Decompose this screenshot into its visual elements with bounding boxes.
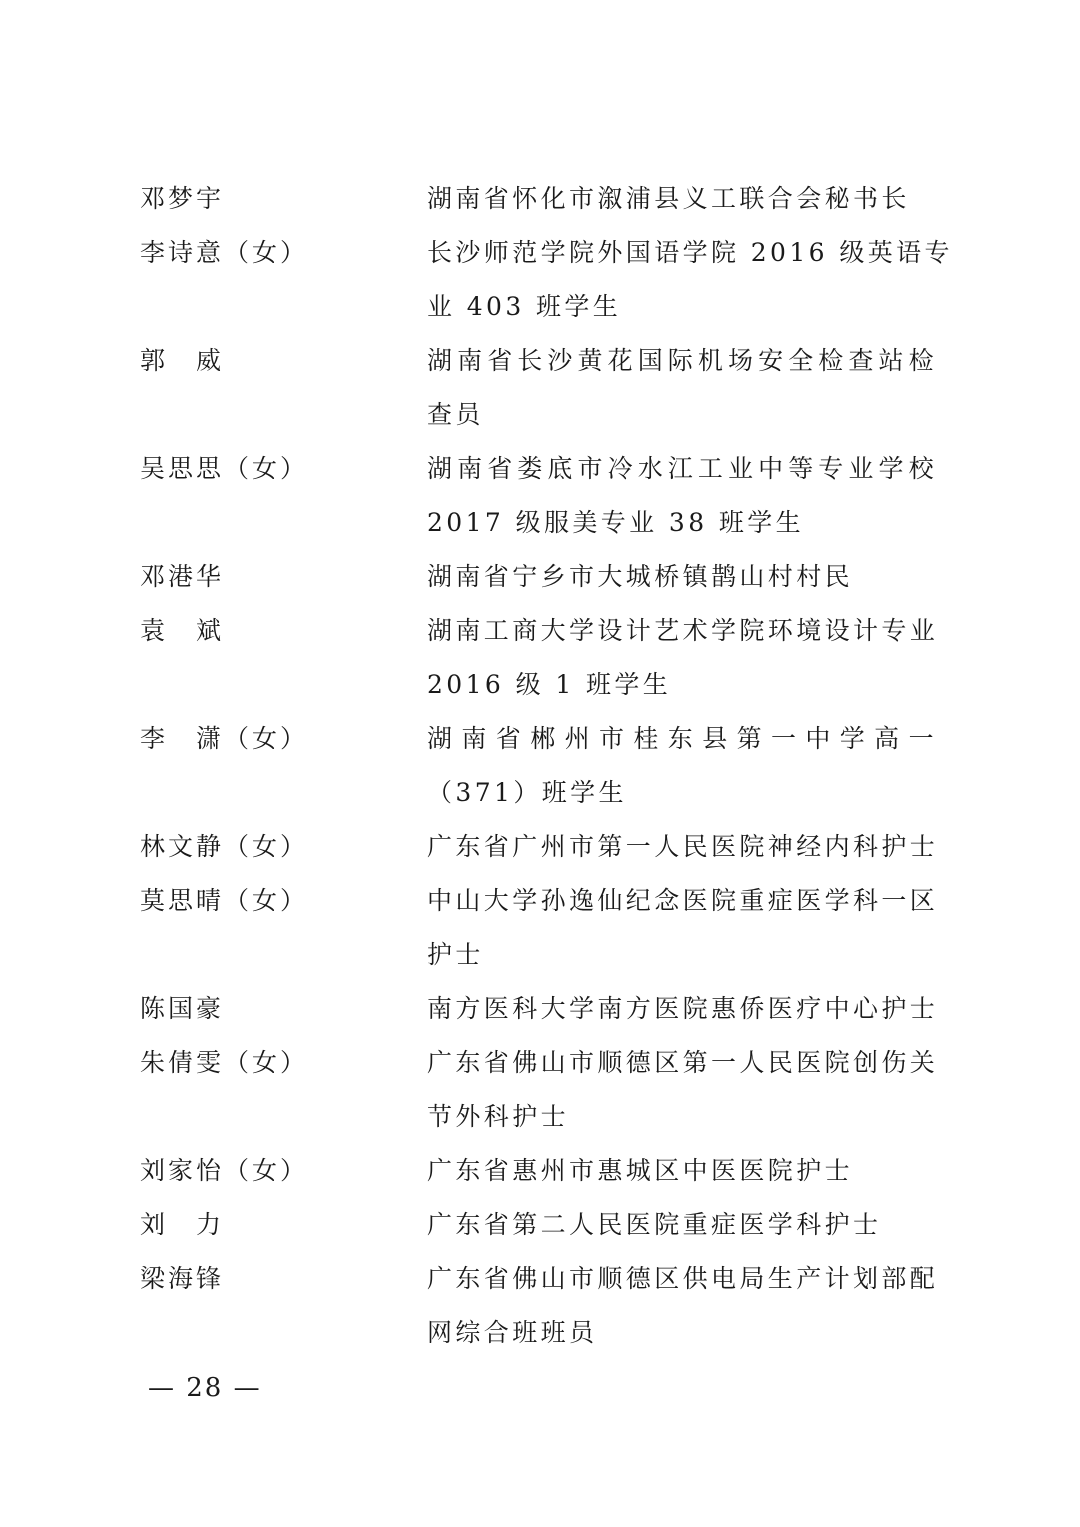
affiliation-line: 湖南省郴州市桂东县第一中学高一 — [427, 712, 937, 766]
affiliation-line: 中山大学孙逸仙纪念医院重症医学科一区 — [427, 874, 937, 928]
honoree-affiliation: 南方医科大学南方医院惠侨医疗中心护士 — [427, 982, 937, 1036]
affiliation-line: 湖南省宁乡市大城桥镇鹊山村村民 — [427, 550, 937, 604]
affiliation-line: 广东省惠州市惠城区中医医院护士 — [427, 1144, 937, 1198]
affiliation-line: 护士 — [427, 928, 937, 982]
document-page: 邓梦宇 湖南省怀化市溆浦县义工联合会秘书长 李诗意（女） 长沙师范学院外国语学院… — [0, 0, 1080, 1527]
page-number: — 28 — — [148, 1368, 262, 1408]
honoree-affiliation: 湖南省怀化市溆浦县义工联合会秘书长 — [427, 172, 937, 226]
honoree-name: 邓梦宇 — [140, 172, 427, 226]
affiliation-line: 广东省佛山市顺德区供电局生产计划部配 — [427, 1252, 937, 1306]
list-item: 郭 威 湖南省长沙黄花国际机场安全检查站检 查员 — [140, 334, 940, 442]
honoree-name: 郭 威 — [140, 334, 427, 442]
honoree-affiliation: 广东省佛山市顺德区第一人民医院创伤关 节外科护士 — [427, 1036, 937, 1144]
affiliation-line: 广东省第二人民医院重症医学科护士 — [427, 1198, 937, 1252]
honoree-affiliation: 广东省佛山市顺德区供电局生产计划部配 网综合班班员 — [427, 1252, 937, 1360]
list-item: 刘 力 广东省第二人民医院重症医学科护士 — [140, 1198, 940, 1252]
affiliation-line: 湖南省长沙黄花国际机场安全检查站检 — [427, 334, 937, 388]
list-item: 梁海锋 广东省佛山市顺德区供电局生产计划部配 网综合班班员 — [140, 1252, 940, 1360]
list-item: 莫思晴（女） 中山大学孙逸仙纪念医院重症医学科一区 护士 — [140, 874, 940, 982]
affiliation-line: 2017 级服美专业 38 班学生 — [427, 496, 937, 550]
honoree-affiliation: 湖南省宁乡市大城桥镇鹊山村村民 — [427, 550, 937, 604]
honoree-name: 邓港华 — [140, 550, 427, 604]
honoree-name: 李诗意（女） — [140, 226, 427, 334]
list-item: 李诗意（女） 长沙师范学院外国语学院 2016 级英语专 业 403 班学生 — [140, 226, 940, 334]
honoree-name: 刘家怡（女） — [140, 1144, 427, 1198]
honoree-name: 吴思思（女） — [140, 442, 427, 550]
honoree-name: 陈国豪 — [140, 982, 427, 1036]
honoree-affiliation: 湖南工商大学设计艺术学院环境设计专业 2016 级 1 班学生 — [427, 604, 937, 712]
honoree-name: 莫思晴（女） — [140, 874, 427, 982]
affiliation-line: 南方医科大学南方医院惠侨医疗中心护士 — [427, 982, 937, 1036]
honoree-name: 袁 斌 — [140, 604, 427, 712]
affiliation-line: 湖南省怀化市溆浦县义工联合会秘书长 — [427, 172, 937, 226]
list-item: 陈国豪 南方医科大学南方医院惠侨医疗中心护士 — [140, 982, 940, 1036]
honoree-affiliation: 湖南省长沙黄花国际机场安全检查站检 查员 — [427, 334, 937, 442]
list-item: 邓梦宇 湖南省怀化市溆浦县义工联合会秘书长 — [140, 172, 940, 226]
affiliation-line: 网综合班班员 — [427, 1306, 937, 1360]
honoree-list: 邓梦宇 湖南省怀化市溆浦县义工联合会秘书长 李诗意（女） 长沙师范学院外国语学院… — [140, 172, 940, 1360]
list-item: 吴思思（女） 湖南省娄底市冷水江工业中等专业学校 2017 级服美专业 38 班… — [140, 442, 940, 550]
honoree-name: 林文静（女） — [140, 820, 427, 874]
list-item: 李 潇（女） 湖南省郴州市桂东县第一中学高一 （371）班学生 — [140, 712, 940, 820]
affiliation-line: 湖南省娄底市冷水江工业中等专业学校 — [427, 442, 937, 496]
honoree-affiliation: 广东省广州市第一人民医院神经内科护士 — [427, 820, 937, 874]
affiliation-line: 湖南工商大学设计艺术学院环境设计专业 — [427, 604, 937, 658]
honoree-affiliation: 中山大学孙逸仙纪念医院重症医学科一区 护士 — [427, 874, 937, 982]
affiliation-line: 2016 级 1 班学生 — [427, 658, 937, 712]
honoree-name: 刘 力 — [140, 1198, 427, 1252]
honoree-affiliation: 广东省惠州市惠城区中医医院护士 — [427, 1144, 937, 1198]
list-item: 朱倩雯（女） 广东省佛山市顺德区第一人民医院创伤关 节外科护士 — [140, 1036, 940, 1144]
honoree-affiliation: 湖南省娄底市冷水江工业中等专业学校 2017 级服美专业 38 班学生 — [427, 442, 937, 550]
affiliation-line: 业 403 班学生 — [427, 280, 937, 334]
honoree-affiliation: 长沙师范学院外国语学院 2016 级英语专 业 403 班学生 — [427, 226, 937, 334]
affiliation-line: 节外科护士 — [427, 1090, 937, 1144]
list-item: 邓港华 湖南省宁乡市大城桥镇鹊山村村民 — [140, 550, 940, 604]
affiliation-line: 广东省佛山市顺德区第一人民医院创伤关 — [427, 1036, 937, 1090]
list-item: 袁 斌 湖南工商大学设计艺术学院环境设计专业 2016 级 1 班学生 — [140, 604, 940, 712]
affiliation-line: 长沙师范学院外国语学院 2016 级英语专 — [427, 226, 937, 280]
affiliation-line: 查员 — [427, 388, 937, 442]
list-item: 林文静（女） 广东省广州市第一人民医院神经内科护士 — [140, 820, 940, 874]
honoree-name: 朱倩雯（女） — [140, 1036, 427, 1144]
honoree-name: 李 潇（女） — [140, 712, 427, 820]
honoree-name: 梁海锋 — [140, 1252, 427, 1360]
honoree-affiliation: 广东省第二人民医院重症医学科护士 — [427, 1198, 937, 1252]
honoree-affiliation: 湖南省郴州市桂东县第一中学高一 （371）班学生 — [427, 712, 937, 820]
affiliation-line: 广东省广州市第一人民医院神经内科护士 — [427, 820, 937, 874]
list-item: 刘家怡（女） 广东省惠州市惠城区中医医院护士 — [140, 1144, 940, 1198]
affiliation-line: （371）班学生 — [427, 766, 937, 820]
